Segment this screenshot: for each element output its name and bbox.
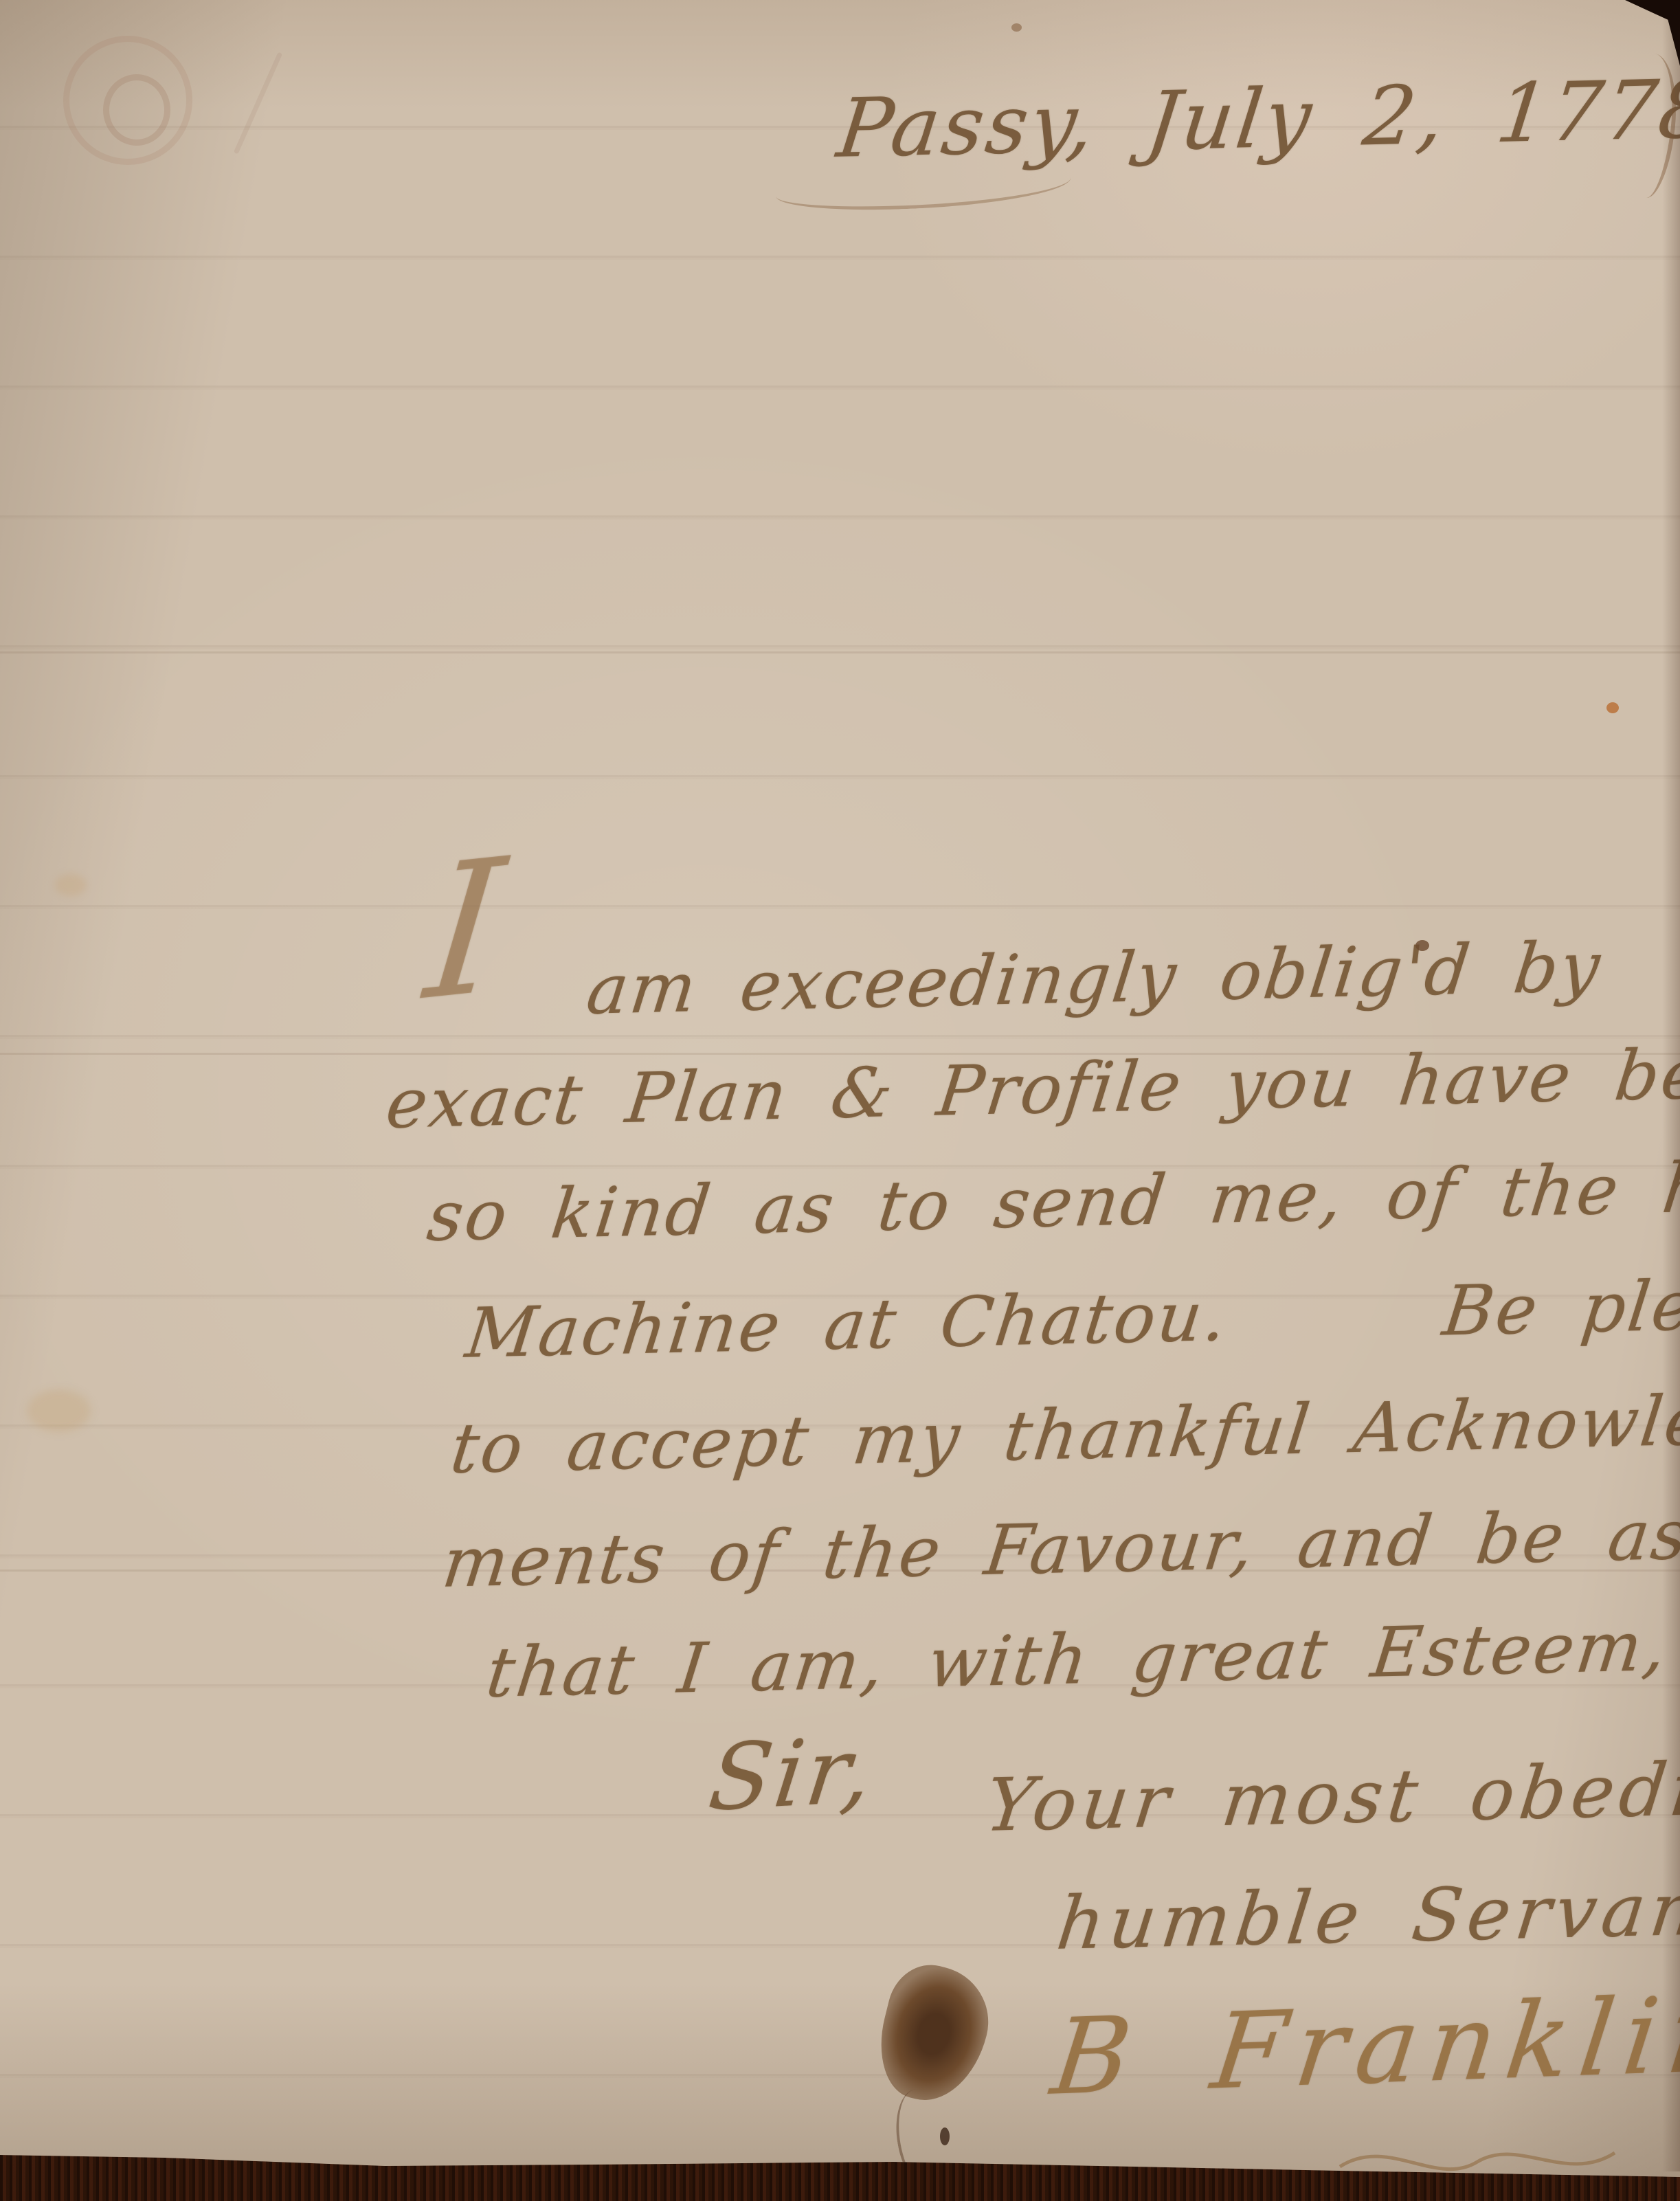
- fleck: [1011, 23, 1022, 32]
- photograph-of-letter: Passy, July 2, 1778 I am exceedingly obl…: [0, 0, 1680, 2201]
- paper-edge-shadow: [1662, 0, 1680, 2171]
- ink-speck: [951, 2165, 958, 2173]
- tan-stain: [27, 1389, 91, 1432]
- fold-line: [0, 651, 1680, 653]
- faded-ink-flourish-inner: [103, 74, 170, 146]
- salutation: Sir,: [704, 1717, 881, 1832]
- letter-paper: Passy, July 2, 1778 I am exceedingly obl…: [0, 0, 1680, 2180]
- ink-speck: [940, 2127, 950, 2145]
- tan-stain: [55, 874, 87, 896]
- signature: B Franklin: [1046, 1972, 1680, 2119]
- signature-flourish: [1333, 2129, 1622, 2191]
- rust-spot: [1606, 702, 1619, 713]
- ink-spot: [1415, 940, 1429, 951]
- closing-line-2: humble Servant: [1053, 1866, 1680, 1966]
